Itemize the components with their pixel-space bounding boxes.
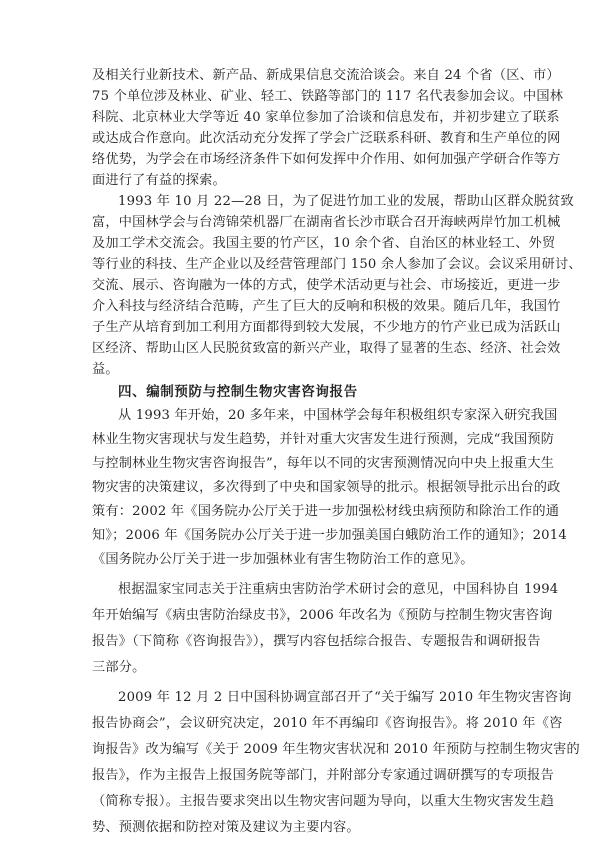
text-line: 科院、北京林业大学等近 40 家单位参加了洽谈和信息发布，并初步建立了联系 — [92, 110, 508, 126]
text-line: 2009 年 12 月 2 日中国科协调宣部召开了“关于编写 2010 年生物灾… — [118, 690, 508, 706]
text-line: 富，中国林学会与台湾锦荣机器厂在湖南省长沙市联合召开海峡两岸竹加工机械 — [92, 215, 508, 231]
text-line: 及相关行业新技术、新产品、新成果信息交流洽谈会。来自 24 个省（区、市） — [92, 68, 508, 84]
text-line: 从 1993 年开始，20 多年来，中国林学会每年积极组织专家深入研究我国 — [118, 408, 508, 424]
text-line: 益。 — [92, 362, 508, 378]
text-line: 交流、展示、咨询融为一体的方式，使学术活动更与社会、市场接近，更进一步 — [92, 278, 508, 294]
text-line: 林业生物灾害现状与发生趋势，并针对重大灾害发生进行预测，完成“我国预防 — [92, 432, 508, 448]
text-line: 与控制林业生物灾害咨询报告”，每年以不同的灾害预测情况向中央上报重大生 — [92, 456, 508, 472]
text-line: 等行业的科技、生产企业以及经营管理部门 150 余人参加了会议。会议采用研讨、 — [92, 257, 508, 273]
text-line: 区经济、帮助山区人民脱贫致富的新兴产业，取得了显著的生态、经济、社会效 — [92, 341, 508, 357]
text-line: 75 个单位涉及林业、矿业、轻工、铁路等部门的 117 名代表参加会议。中国林 — [92, 89, 508, 105]
text-line: 报告》（下简称《咨询报告》），撰写内容包括综合报告、专题报告和调研报告 — [92, 634, 508, 650]
text-line: 或达成合作意向。此次活动充分发挥了学会广泛联系科研、教育和生产单位的网 — [92, 131, 508, 147]
text-line: 报告》，作为主报告上报国务院等部门，并附部分专家通过调研撰写的专项报告 — [92, 768, 508, 784]
text-line: 三部分。 — [92, 660, 508, 676]
text-line: 子生产从培育到加工利用方面都得到较大发展，不少地方的竹产业已成为活跃山 — [92, 320, 508, 336]
text-line: 势、预测依据和防控对策及建议为主要内容。 — [92, 820, 508, 836]
text-line: （简称专报）。主报告要求突出以生物灾害问题为导向，以重大生物灾害发生趋 — [92, 794, 508, 810]
text-line: 知》；2006 年《国务院办公厅关于进一步加强美国白蛾防治工作的通知》；2014 — [92, 528, 508, 544]
text-line: 年开始编写《病虫害防治绿皮书》，2006 年改名为《预防与控制生物灾害咨询 — [92, 608, 508, 624]
text-line: 物灾害的决策建议，多次得到了中央和国家领导的批示。根据领导批示出台的政 — [92, 480, 508, 496]
text-line: 及加工学术交流会。我国主要的竹产区，10 余个省、自治区的林业轻工、外贸 — [92, 236, 508, 252]
text-line: 《国务院办公厅关于进一步加强林业有害生物防治工作的意见》。 — [92, 552, 508, 568]
text-line: 络优势，为学会在市场经济条件下如何发挥中介作用、如何加强产学研合作等方 — [92, 152, 508, 168]
text-line: 报告协商会”，会议研究决定，2010 年不再编印《咨询报告》。将 2010 年《… — [92, 716, 508, 732]
text-line: 询报告》改为编写《关于 2009 年生物灾害状况和 2010 年预防与控制生物灾… — [92, 742, 508, 758]
text-line: 面进行了有益的探索。 — [92, 173, 508, 189]
text-line: 介入科技与经济结合范畴，产生了巨大的反响和积极的效果。随后几年，我国竹 — [92, 299, 508, 315]
document-page: 及相关行业新技术、新产品、新成果信息交流洽谈会。来自 24 个省（区、市） 75… — [0, 0, 600, 848]
text-line: 1993 年 10 月 22—28 日，为了促进竹加工业的发展，帮助山区群众脱贫… — [118, 194, 508, 210]
text-line: 策有：2002 年《国务院办公厅关于进一步加强松材线虫病预防和除治工作的通 — [92, 504, 508, 520]
text-line: 根据温家宝同志关于注重病虫害防治学术研讨会的意见，中国科协自 1994 — [118, 582, 508, 598]
section-heading: 四、编制预防与控制生物灾害咨询报告 — [118, 384, 358, 400]
